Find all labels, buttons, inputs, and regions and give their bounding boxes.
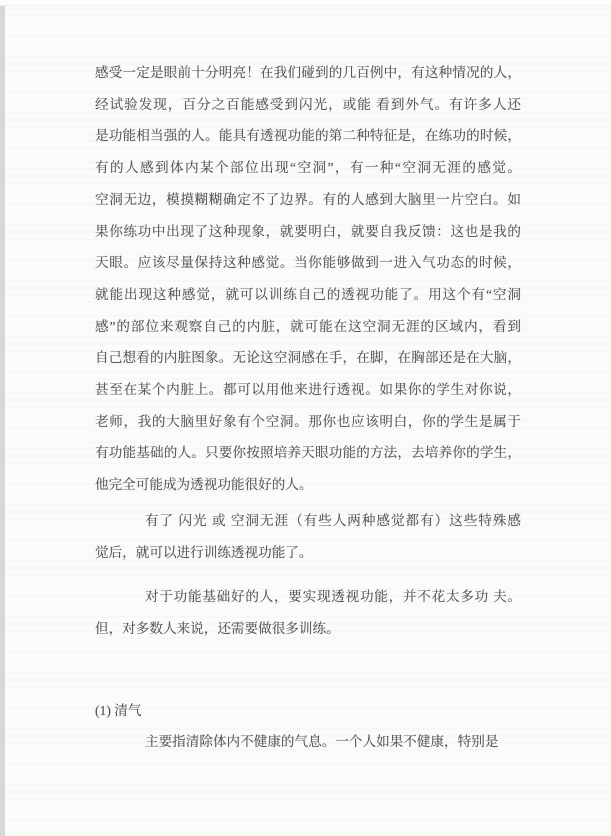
text-line: 对于功能基础好的人，要实现透视功能，并不花太多功 夫。	[95, 581, 521, 613]
text-line: 经试验发现，百分之百能感受到闪光，或能 看到外气。有许多人还	[95, 89, 521, 121]
text-body: 感受一定是眼前十分明亮！在我们碰到的几百例中，有这种情况的人， 经试验发现，百分…	[95, 57, 521, 758]
document-page: 感受一定是眼前十分明亮！在我们碰到的几百例中，有这种情况的人， 经试验发现，百分…	[0, 0, 611, 836]
text-line: 感”的部位来观察自己的内脏，就可能在这空洞无涯的区域内，看到	[95, 311, 521, 343]
text-line: 有功能基础的人。只要你按照培养天眼功能的方法，去培养你的学生，	[95, 437, 521, 469]
page-top-edge	[0, 0, 611, 6]
text-line: 天眼。应该尽量保持这种感觉。当你能够做到一进入气功态的时候，	[95, 247, 521, 279]
text-line: 老师，我的大脑里好象有个空洞。那你也应该明白，你的学生是属于	[95, 406, 521, 438]
text-line: 有的人感到体内某个部位出现“空洞”，有一种“空洞无涯的感觉。	[95, 152, 521, 184]
text-line: 空洞无边，模摸糊糊确定不了边界。有的人感到大脑里一片空白。如	[95, 184, 521, 216]
text-line: 是功能相当强的人。能具有透视功能的第二种特征是，在练功的时候，	[95, 120, 521, 152]
text-line: 觉后，就可以进行训练透视功能了。	[95, 537, 521, 569]
page-left-edge	[0, 6, 5, 836]
text-line: 就能出现这种感觉，就可以训练自己的透视功能了。用这个有“空洞	[95, 279, 521, 311]
text-line: 甚至在某个内脏上。都可以用他来进行透视。如果你的学生对你说，	[95, 374, 521, 406]
text-line: 果你练功中出现了这种现象，就要明白，就要自我反馈：这也是我的	[95, 216, 521, 248]
text-line: 但，对多数人来说，还需要做很多训练。	[95, 613, 521, 645]
text-line: 有了 闪光 或 空洞无涯（有些人两种感觉都有）这些特殊感	[95, 505, 521, 537]
text-line: 他完全可能成为透视功能很好的人。	[95, 469, 521, 501]
text-line: 主要指清除体内不健康的气息。一个人如果不健康，特别是	[95, 726, 521, 758]
section-heading: (1) 清气	[95, 695, 521, 727]
text-line: 自己想看的内脏图象。无论这空洞感在手，在脚，在胸部还是在大脑，	[95, 342, 521, 374]
text-line: 感受一定是眼前十分明亮！在我们碰到的几百例中，有这种情况的人，	[95, 57, 521, 89]
